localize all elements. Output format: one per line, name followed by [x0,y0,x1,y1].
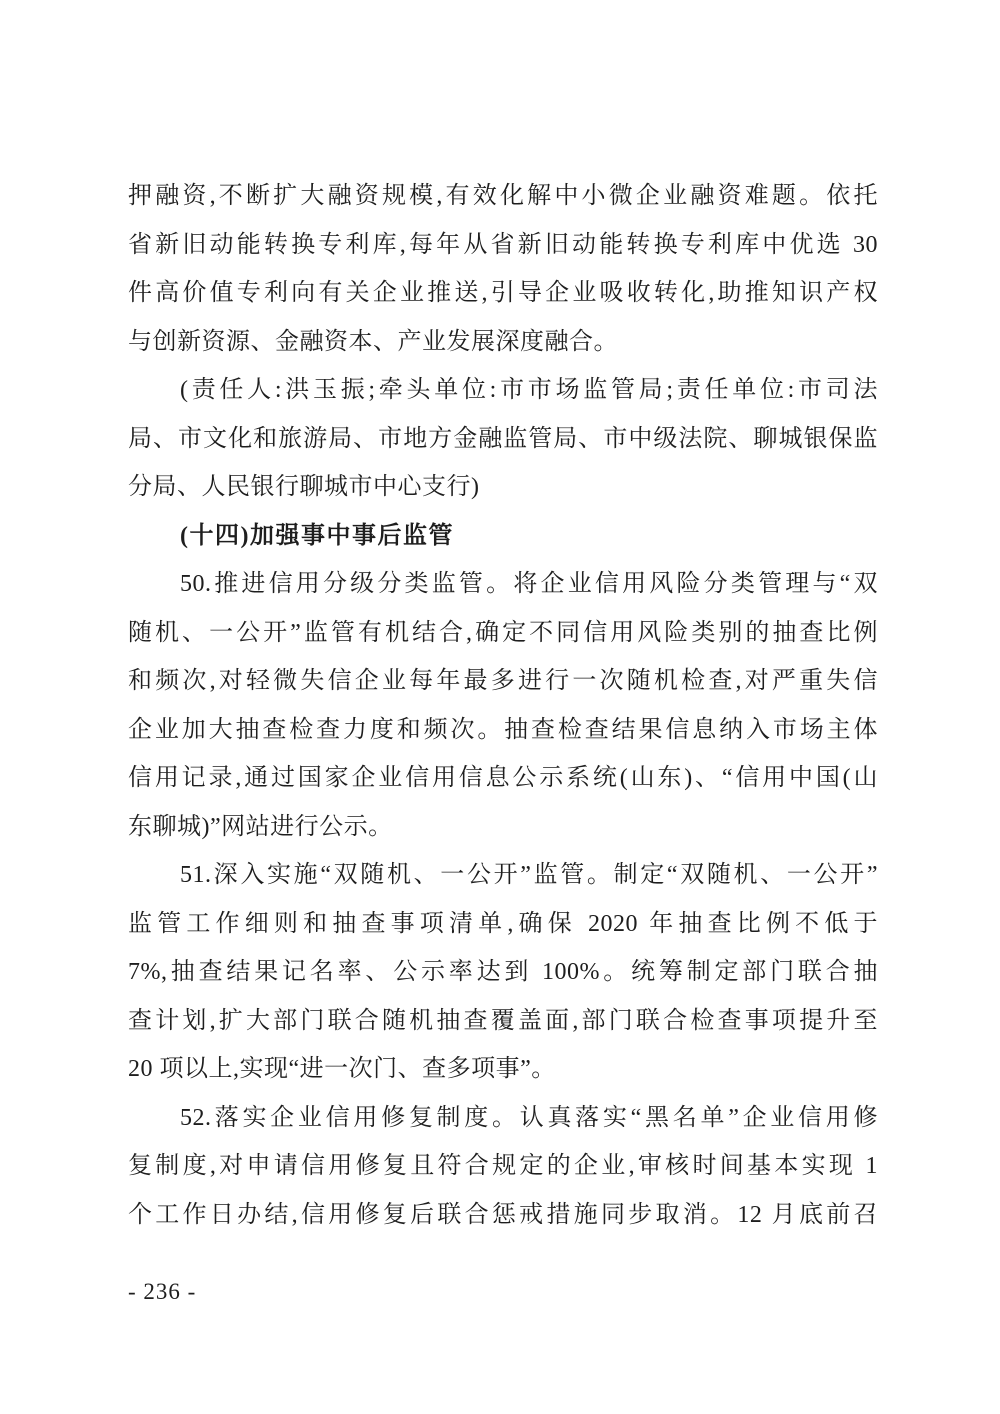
text-line: 东聊城)”网站进行公示。 [128,803,878,852]
text-line: 件高价值专利向有关企业推送,引导企业吸收转化,助推知识产权 [128,269,878,318]
text-line: 局、市文化和旅游局、市地方金融监管局、市中级法院、聊城银保监 [128,415,878,464]
text-line: 复制度,对申请信用修复且符合规定的企业,审核时间基本实现 1 [128,1142,878,1191]
text-line: 企业加大抽查检查力度和频次。抽查检查结果信息纳入市场主体 [128,706,878,755]
text-line: 个工作日办结,信用修复后联合惩戒措施同步取消。12 月底前召 [128,1191,878,1240]
text-line: 52.落实企业信用修复制度。认真落实“黑名单”企业信用修 [128,1094,878,1143]
paragraph-item-52: 52.落实企业信用修复制度。认真落实“黑名单”企业信用修复制度,对申请信用修复且… [128,1094,878,1240]
text-line: 省新旧动能转换专利库,每年从省新旧动能转换专利库中优选 30 [128,221,878,270]
text-line: 50.推进信用分级分类监管。将企业信用风险分类管理与“双 [128,560,878,609]
paragraph-item-50: 50.推进信用分级分类监管。将企业信用风险分类管理与“双随机、一公开”监管有机结… [128,560,878,851]
text-line: 和频次,对轻微失信企业每年最多进行一次随机检查,对严重失信 [128,657,878,706]
text-line: 51.深入实施“双随机、一公开”监管。制定“双随机、一公开” [128,851,878,900]
document-page: 押融资,不断扩大融资规模,有效化解中小微企业融资难题。依托省新旧动能转换专利库,… [0,0,1000,1414]
text-line: 信用记录,通过国家企业信用信息公示系统(山东)、“信用中国(山 [128,754,878,803]
text-line: 监管工作细则和抽查事项清单,确保 2020 年抽查比例不低于 [128,900,878,949]
text-line: 分局、人民银行聊城市中心支行) [128,463,878,512]
text-line: 7%,抽查结果记名率、公示率达到 100%。统筹制定部门联合抽 [128,948,878,997]
paragraph-item-51: 51.深入实施“双随机、一公开”监管。制定“双随机、一公开”监管工作细则和抽查事… [128,851,878,1094]
text-line: 押融资,不断扩大融资规模,有效化解中小微企业融资难题。依托 [128,172,878,221]
text-line: (责任人:洪玉振;牵头单位:市市场监管局;责任单位:市司法 [128,366,878,415]
text-line: 查计划,扩大部门联合随机抽查覆盖面,部门联合检查事项提升至 [128,997,878,1046]
text-line: (十四)加强事中事后监管 [128,512,878,561]
text-line: 20 项以上,实现“进一次门、查多项事”。 [128,1045,878,1094]
section-heading-14: (十四)加强事中事后监管 [128,512,878,561]
page-number: - 236 - [128,1277,196,1307]
text-line: 与创新资源、金融资本、产业发展深度融合。 [128,318,878,367]
text-line: 随机、一公开”监管有机结合,确定不同信用风险类别的抽查比例 [128,609,878,658]
paragraph-continuation: 押融资,不断扩大融资规模,有效化解中小微企业融资难题。依托省新旧动能转换专利库,… [128,172,878,366]
text-block: 押融资,不断扩大融资规模,有效化解中小微企业融资难题。依托省新旧动能转换专利库,… [128,172,878,1239]
paragraph-responsibility-note: (责任人:洪玉振;牵头单位:市市场监管局;责任单位:市司法局、市文化和旅游局、市… [128,366,878,512]
